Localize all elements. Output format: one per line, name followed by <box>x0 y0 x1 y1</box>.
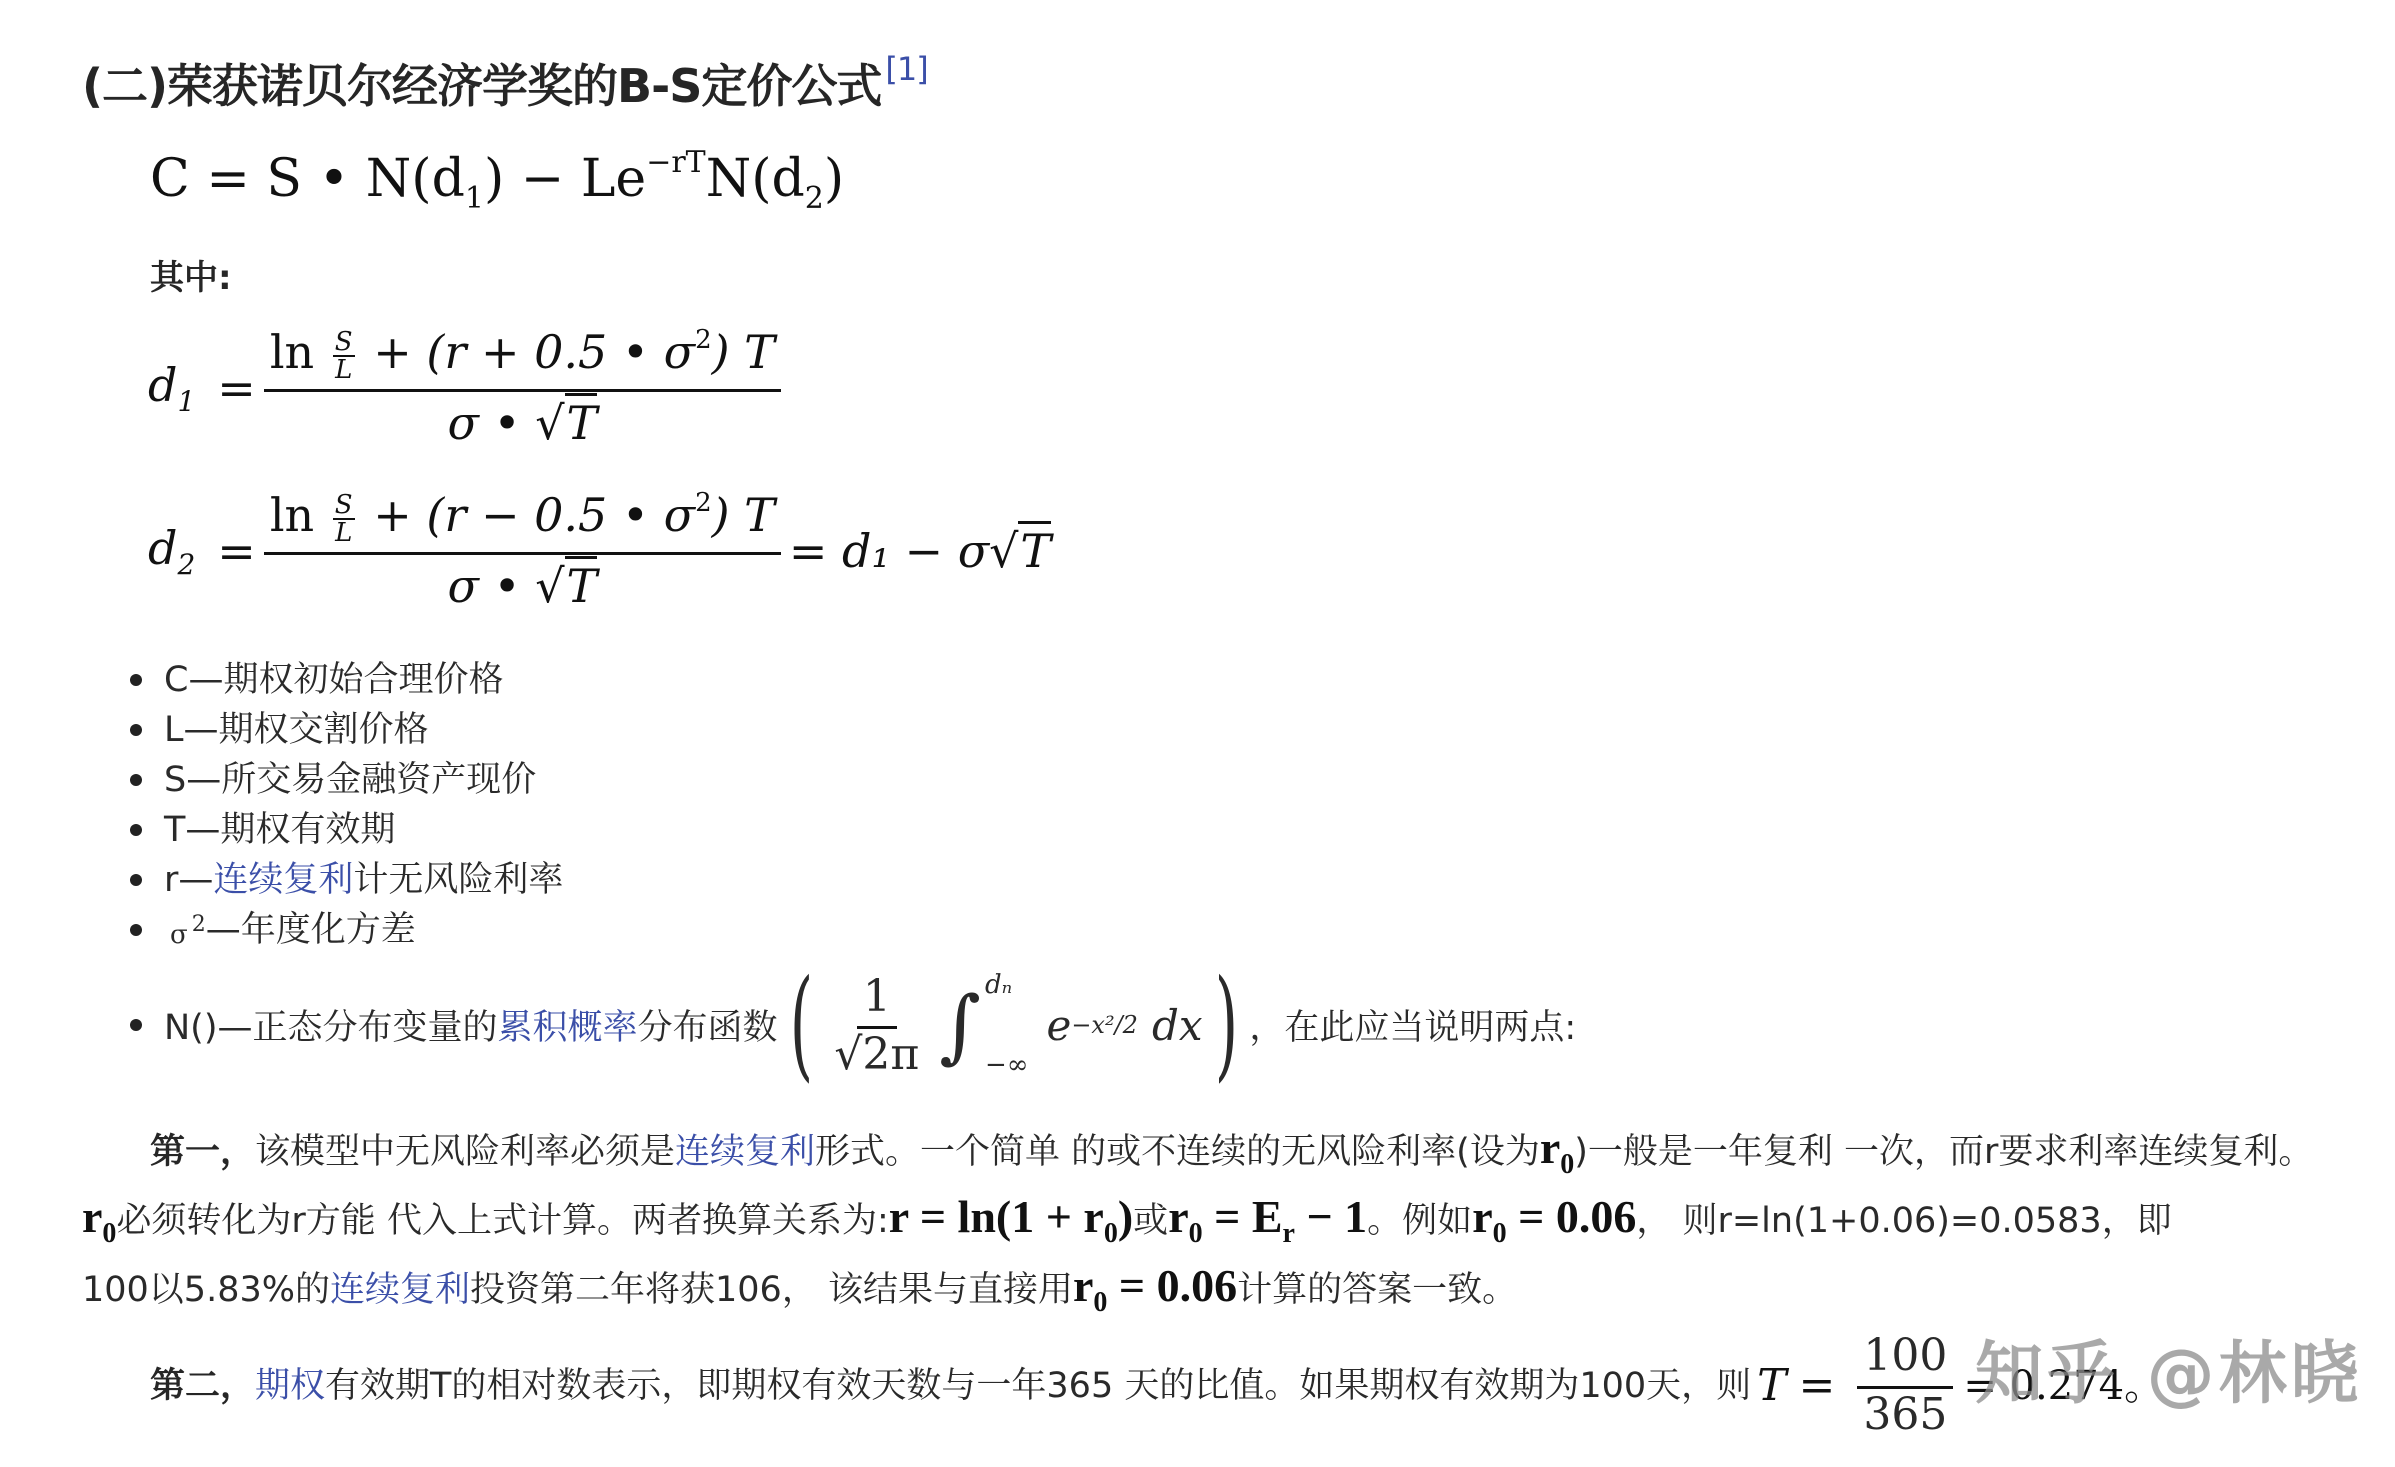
bullet-icon <box>130 924 142 936</box>
numerator: ln SL + (r + 0.5 • σ2) T <box>264 325 781 392</box>
bullet-icon <box>130 824 142 836</box>
paragraph-first-point: 第一，该模型中无风险利率必须是连续复利形式。一个简单 的或不连续的无风险利率(设… <box>82 1122 2395 1329</box>
para-label: 第一， <box>150 1132 255 1172</box>
list-item-text: L—期权交割价格 <box>164 705 429 755</box>
text: 。例如 <box>1367 1201 1472 1241</box>
formula-lhs: C = S <box>150 149 302 209</box>
paren: ) <box>484 149 504 209</box>
black-scholes-formula: C = S • N(d1) − Le−rTN(d2) <box>150 145 844 216</box>
list-item: S—所交易金融资产现价 <box>130 755 563 805</box>
exponent: −x²/2 <box>1071 1011 1138 1039</box>
option-link[interactable]: 期权 <box>255 1360 325 1412</box>
text: ， 则r=ln(1+0.06)=0.0583，即 <box>1636 1201 2171 1241</box>
list-item: L—期权交割价格 <box>130 705 563 755</box>
list-item: T—期权有效期 <box>130 805 563 855</box>
math-r0-value: r0 = 0.06 <box>1073 1260 1237 1311</box>
bullet-operator: • <box>319 149 350 209</box>
norm-const-fraction: 1√2π <box>834 971 919 1080</box>
watermark: 知乎 @林晓 <box>1975 1320 2363 1417</box>
bullet-icon <box>130 774 142 786</box>
text: 形式。一个简单 的或不连续的无风险利率(设为 <box>815 1132 1540 1172</box>
formula-n-d1: N(d <box>366 149 465 209</box>
text: 投资第二年将获106， 该结果与直接用 <box>470 1270 1073 1310</box>
n-item-mid: 分布函数 <box>638 1000 778 1050</box>
left-paren: ( <box>789 955 812 1095</box>
text: 或 <box>1133 1201 1168 1241</box>
d2-rhs: = d₁ − σ√T <box>789 524 1051 578</box>
exponent: −rT <box>646 145 706 180</box>
numerator: ln SL + (r − 0.5 • σ2) T <box>264 488 781 555</box>
n-item-suffix: ，在此应当说明两点: <box>1249 1000 1576 1050</box>
where-label: 其中: <box>150 250 232 299</box>
para-label: 第二， <box>150 1360 255 1412</box>
list-item-text: 计无风险利率 <box>353 855 563 905</box>
normal-cdf-item: N()—正态分布变量的累积概率分布函数 ( 1√2π ∫ dₙ−∞ e−x²/2… <box>130 955 1576 1095</box>
list-item: σ2—年度化方差 <box>130 905 563 955</box>
heading-title: (二)荣获诺贝尔经济学奖的B-S定价公式 <box>82 59 881 113</box>
text: )一般是一年复利 一次，而r要求利率连续复利。 <box>1574 1132 2313 1172</box>
math-r0: r0 <box>1540 1122 1574 1173</box>
t-fraction: 100365 <box>1857 1330 1953 1441</box>
list-item-text: r— <box>164 855 213 905</box>
n-item-prefix: N()—正态分布变量的 <box>164 1000 498 1050</box>
reference-link[interactable]: [1] <box>885 50 927 88</box>
d1-lhs: d1 <box>148 358 195 418</box>
math-example: r0 = 0.06 <box>1472 1191 1636 1242</box>
formula-minus-le: − Le <box>504 149 646 209</box>
section-heading: (二)荣获诺贝尔经济学奖的B-S定价公式[1] <box>82 50 928 116</box>
bullet-icon <box>130 1019 142 1031</box>
equals: = <box>1799 1360 1836 1412</box>
list-item-text: —年度化方差 <box>206 905 416 955</box>
list-item-text: C—期权初始合理价格 <box>164 655 503 705</box>
exp-base: e <box>1046 1001 1071 1050</box>
formula-n-d2: N(d <box>706 149 805 209</box>
equals: = <box>217 524 256 578</box>
denominator: σ • √T <box>447 555 597 613</box>
d2-formula: d2 = ln SL + (r − 0.5 • σ2) T σ • √T = d… <box>148 488 1051 613</box>
text: 必须转化为r方能 代入上式计算。两者换算关系为: <box>116 1201 888 1241</box>
sigma-symbol: σ2 <box>170 900 206 960</box>
bullet-icon <box>130 674 142 686</box>
integral-sign: ∫ <box>939 979 981 1072</box>
list-item: C—期权初始合理价格 <box>130 655 563 705</box>
paragraph-second-point: 第二，期权有效期T的相对数表示，即期权有效天数与一年365 天的比值。如果期权有… <box>150 1330 2164 1441</box>
bullet-icon <box>130 724 142 736</box>
text: 计算的答案一致。 <box>1237 1270 1517 1310</box>
d1-formula: d1 = ln SL + (r + 0.5 • σ2) T σ • √T <box>148 325 789 450</box>
dx: dx <box>1152 1001 1203 1050</box>
math-r0: r0 <box>82 1191 116 1242</box>
bullet-icon <box>130 874 142 886</box>
math-conversion: r = ln(1 + r0) <box>889 1191 1133 1242</box>
denominator: σ • √T <box>447 392 597 450</box>
continuous-compounding-link[interactable]: 连续复利 <box>213 855 353 905</box>
text: 该模型中无风险利率必须是 <box>255 1132 675 1172</box>
integral-limits: dₙ−∞ <box>985 970 1028 1080</box>
continuous-compounding-link[interactable]: 连续复利 <box>330 1270 470 1310</box>
paren: ) <box>824 149 844 209</box>
math-conversion-2: r0 = Er − 1 <box>1168 1191 1367 1242</box>
text: 100以5.83%的 <box>82 1270 330 1310</box>
d2-fraction: ln SL + (r − 0.5 • σ2) T σ • √T <box>264 488 781 613</box>
equals: = <box>217 361 256 415</box>
math-t: T <box>1757 1360 1786 1412</box>
cumulative-probability-link[interactable]: 累积概率 <box>498 1000 638 1050</box>
d2-lhs: d2 <box>148 521 195 581</box>
subscript: 2 <box>805 181 824 216</box>
list-item-text: T—期权有效期 <box>164 805 395 855</box>
right-paren: ) <box>1214 955 1237 1095</box>
list-item-text: S—所交易金融资产现价 <box>164 755 536 805</box>
normal-cdf-formula: 1√2π ∫ dₙ−∞ e−x²/2 dx <box>824 970 1202 1080</box>
variable-definitions-list: C—期权初始合理价格 L—期权交割价格 S—所交易金融资产现价 T—期权有效期 … <box>130 655 563 955</box>
subscript: 1 <box>465 181 484 216</box>
text: 有效期T的相对数表示，即期权有效天数与一年365 天的比值。如果期权有效期为10… <box>325 1360 1751 1412</box>
list-item: r—连续复利计无风险利率 <box>130 855 563 905</box>
d1-fraction: ln SL + (r + 0.5 • σ2) T σ • √T <box>264 325 781 450</box>
continuous-compounding-link[interactable]: 连续复利 <box>675 1132 815 1172</box>
